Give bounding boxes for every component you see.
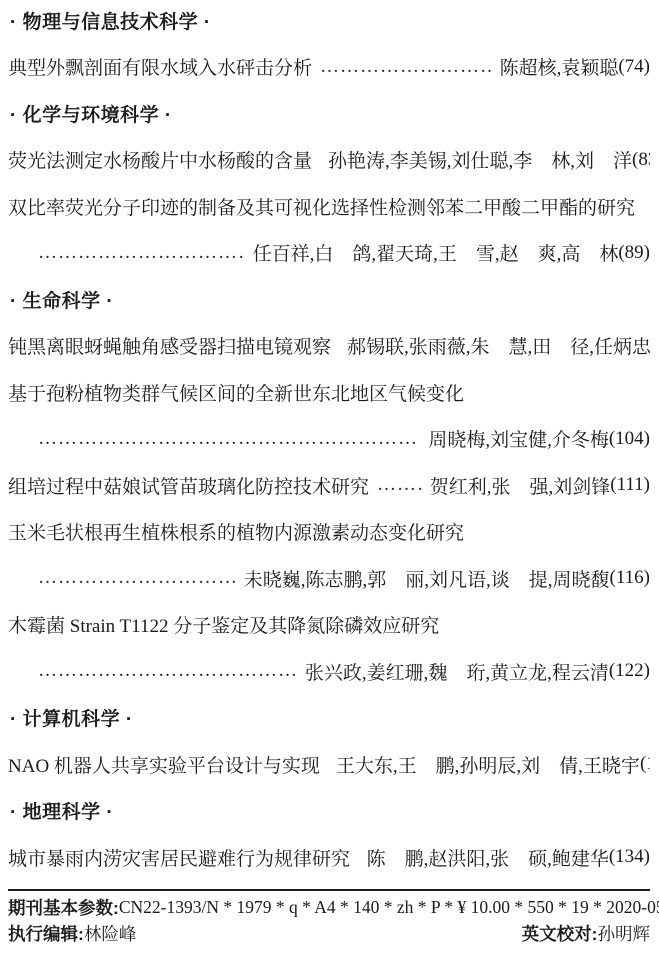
- entry-authors: 任百祥,白 鸽,翟天琦,王 雪,赵 爽,高 林: [253, 239, 619, 266]
- entry-title: 双比率荧光分子印迹的制备及其可视化选择性检测邻苯二甲酸二甲酯的研究: [8, 193, 635, 220]
- journal-toc-page: · 物理与信息技术科学 · 典型外飘剖面有限水域入水砰击分析 …………………………: [0, 0, 659, 965]
- entry-authors: 郝锡联,张雨薇,朱 慧,田 径,任炳忠: [347, 332, 650, 359]
- toc-entry: 组培过程中菇娘试管苗玻璃化防控技术研究 ………………………………………………………: [8, 462, 650, 509]
- entry-title: 荧光法测定水杨酸片中水杨酸的含量: [8, 146, 312, 173]
- english-proofreader: 英文校对: 孙明辉: [522, 921, 650, 946]
- toc-entry-continuation: ……………………………………………………………………………………………………………: [8, 416, 650, 463]
- leader-dots: ……………………………………………………………………………………………………………: [38, 242, 245, 264]
- entry-title: 木霉菌 Strain T1122 分子鉴定及其降氮除磷效应研究: [8, 611, 439, 638]
- entry-authors: 孙艳涛,李美锡,刘仕聪,李 林,刘 洋: [328, 146, 632, 173]
- executive-editor: 执行编辑: 林险峰: [8, 921, 136, 946]
- section-header-geography: · 地理科学 ·: [8, 788, 650, 835]
- entry-page: (116): [610, 567, 650, 589]
- toc-entry: 荧光法测定水杨酸片中水杨酸的含量 ………………………………………………………………: [8, 137, 650, 184]
- section-header-life-science: · 生命科学 ·: [8, 276, 650, 323]
- toc-entry-continuation: ……………………………………………………………………………………………………………: [8, 230, 650, 277]
- footer-divider: [8, 889, 650, 891]
- toc-entry: 典型外飘剖面有限水域入水砰击分析 ………………………………………………………………: [8, 44, 650, 91]
- toc-entry-title-row: 木霉菌 Strain T1122 分子鉴定及其降氮除磷效应研究: [8, 602, 650, 649]
- params-value: CN22-1393/N * 1979 * q * A4 * 140 * zh *…: [119, 897, 659, 918]
- entry-page: (89): [618, 242, 650, 264]
- leader-dots: ……………………………………………………………………………………………………………: [38, 567, 236, 589]
- toc-entry-title-row: 双比率荧光分子印迹的制备及其可视化选择性检测邻苯二甲酸二甲酯的研究: [8, 183, 650, 230]
- toc-entry: 城市暴雨内涝灾害居民避难行为规律研究 …………………………………………………………: [8, 834, 650, 881]
- entry-title: 典型外飘剖面有限水域入水砰击分析: [8, 53, 312, 80]
- leader-dots: ……………………………………………………………………………………………………………: [377, 474, 422, 496]
- leader-dots: ……………………………………………………………………………………………………………: [38, 660, 297, 682]
- executive-editor-name: 林险峰: [84, 921, 137, 946]
- english-proofreader-name: 孙明辉: [598, 921, 651, 946]
- toc-entry-continuation: ……………………………………………………………………………………………………………: [8, 648, 650, 695]
- leader-dots: ……………………………………………………………………………………………………………: [358, 846, 359, 868]
- entry-authors: 陈超核,袁颖聪: [500, 53, 619, 80]
- entry-title: 钝黑离眼蚜蝇触角感受器扫描电镜观察: [8, 332, 331, 359]
- toc-list: · 物理与信息技术科学 · 典型外飘剖面有限水域入水砰击分析 …………………………: [8, 0, 650, 881]
- entry-page: (111): [610, 474, 650, 496]
- section-header-computer-science: · 计算机科学 ·: [8, 695, 650, 742]
- entry-title: 基于孢粉植物类群气候区间的全新世东北地区气候变化: [8, 379, 464, 406]
- english-proofreader-label: 英文校对:: [522, 921, 598, 946]
- toc-entry: 钝黑离眼蚜蝇触角感受器扫描电镜观察 ……………………………………………………………: [8, 323, 650, 370]
- toc-entry-continuation: ……………………………………………………………………………………………………………: [8, 555, 650, 602]
- entry-page: (74): [618, 56, 650, 78]
- leader-dots: ……………………………………………………………………………………………………………: [320, 56, 492, 78]
- executive-editor-label: 执行编辑:: [8, 921, 84, 946]
- entry-authors: 王大东,王 鹏,孙明辰,刘 倩,王晓宇: [336, 751, 640, 778]
- entry-page: (134): [609, 846, 650, 868]
- entry-page: (104): [609, 428, 650, 450]
- entry-authors: 周晓梅,刘宝健,介冬梅: [428, 425, 609, 452]
- entry-page: (128): [640, 753, 650, 775]
- section-header-chemistry-env: · 化学与环境科学 ·: [8, 90, 650, 137]
- entry-authors: 贺红利,张 强,刘剑锋: [430, 472, 611, 499]
- entry-authors: 张兴政,姜红珊,魏 珩,黄立龙,程云清: [305, 658, 609, 685]
- section-header-physics-it: · 物理与信息技术科学 ·: [8, 0, 650, 44]
- toc-entry: NAO 机器人共享实验平台设计与实现 …………………………………………………………: [8, 741, 650, 788]
- entry-title: 组培过程中菇娘试管苗玻璃化防控技术研究: [8, 472, 369, 499]
- entry-authors: 未晓巍,陈志鹏,郭 丽,刘凡语,谈 提,周晓馥: [244, 565, 610, 592]
- toc-entry-title-row: 基于孢粉植物类群气候区间的全新世东北地区气候变化: [8, 369, 650, 416]
- leader-dots: ……………………………………………………………………………………………………………: [38, 428, 420, 450]
- params-label: 期刊基本参数:: [8, 895, 119, 920]
- footer-editors-row: 执行编辑: 林险峰 英文校对: 孙明辉: [8, 921, 650, 947]
- entry-title: 城市暴雨内涝灾害居民避难行为规律研究: [8, 844, 350, 871]
- entry-authors: 陈 鹏,赵洪阳,张 硕,鲍建华: [367, 844, 609, 871]
- entry-title: 玉米毛状根再生植株根系的植物内源激素动态变化研究: [8, 518, 464, 545]
- journal-basic-parameters: 期刊基本参数: CN22-1393/N * 1979 * q * A4 * 14…: [8, 895, 650, 921]
- toc-entry-title-row: 玉米毛状根再生植株根系的植物内源激素动态变化研究: [8, 509, 650, 556]
- entry-page: (122): [609, 660, 650, 682]
- entry-title: NAO 机器人共享实验平台设计与实现: [8, 751, 320, 778]
- entry-page: (83): [632, 149, 650, 171]
